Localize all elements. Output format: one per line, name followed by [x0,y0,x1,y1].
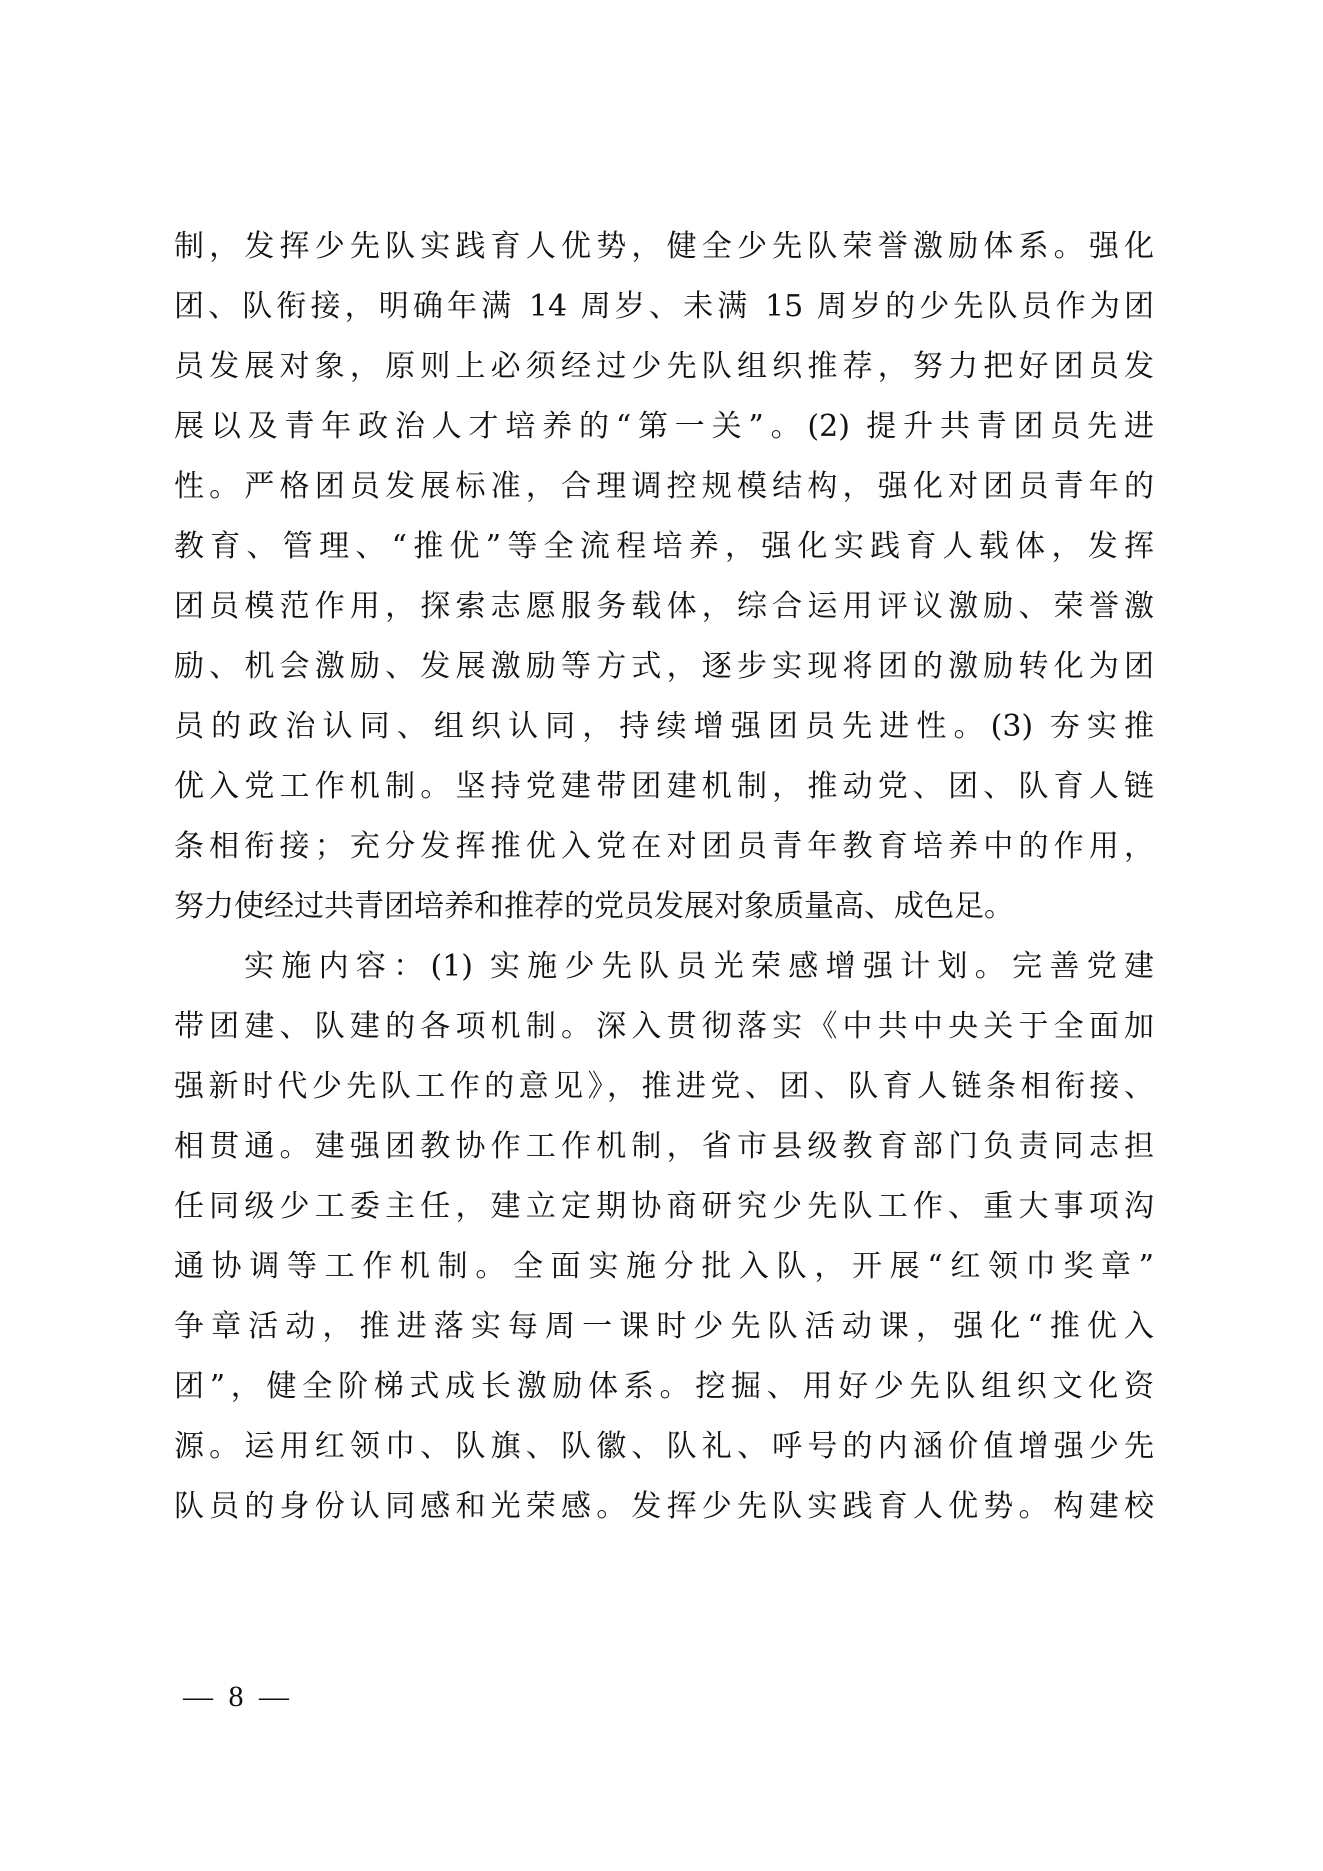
text-line: 教育、管理、“推优”等全流程培养，强化实践育人载体，发挥 [174,517,1154,577]
text-line: 努力使经过共青团培养和推荐的党员发展对象质量高、成色足。 [174,877,1154,937]
document-page: 制，发挥少先队实践育人优势，健全少先队荣誉激励体系。强化 团、队衔接，明确年满 … [0,0,1323,1871]
text-line: 条相衔接；充分发挥推优入党在对团员青年教育培养中的作用， [174,817,1154,877]
text-line: 团员模范作用，探索志愿服务载体，综合运用评议激励、荣誉激 [174,577,1154,637]
text-line: 带团建、队建的各项机制。深入贯彻落实《中共中央关于全面加 [174,997,1154,1057]
paragraph-2: 实施内容：(1) 实施少先队员光荣感增强计划。完善党建 带团建、队建的各项机制。… [174,937,1154,1537]
text-line: 任同级少工委主任，建立定期协商研究少先队工作、重大事项沟 [174,1177,1154,1237]
text-line: 争章活动，推进落实每周一课时少先队活动课，强化“推优入 [174,1297,1154,1357]
paragraph-1: 制，发挥少先队实践育人优势，健全少先队荣誉激励体系。强化 团、队衔接，明确年满 … [174,217,1154,937]
text-line: 通协调等工作机制。全面实施分批入队，开展“红领巾奖章” [174,1237,1154,1297]
text-line: 员发展对象，原则上必须经过少先队组织推荐，努力把好团员发 [174,337,1154,397]
text-line: 励、机会激励、发展激励等方式，逐步实现将团的激励转化为团 [174,637,1154,697]
text-line: 员的政治认同、组织认同，持续增强团员先进性。(3) 夯实推 [174,697,1154,757]
text-line: 制，发挥少先队实践育人优势，健全少先队荣誉激励体系。强化 [174,217,1154,277]
text-line: 源。运用红领巾、队旗、队徽、队礼、呼号的内涵价值增强少先 [174,1417,1154,1477]
text-line: 相贯通。建强团教协作工作机制，省市县级教育部门负责同志担 [174,1117,1154,1177]
text-line: 实施内容：(1) 实施少先队员光荣感增强计划。完善党建 [174,937,1154,997]
text-line: 优入党工作机制。坚持党建带团建机制，推动党、团、队育人链 [174,757,1154,817]
text-line: 团”，健全阶梯式成长激励体系。挖掘、用好少先队组织文化资 [174,1357,1154,1417]
text-line: 强新时代少先队工作的意见》，推进党、团、队育人链条相衔接、 [174,1057,1154,1117]
text-line: 性。严格团员发展标准，合理调控规模结构，强化对团员青年的 [174,457,1154,517]
text-line: 队员的身份认同感和光荣感。发挥少先队实践育人优势。构建校 [174,1477,1154,1537]
text-line: 团、队衔接，明确年满 14 周岁、未满 15 周岁的少先队员作为团 [174,277,1154,337]
body-text: 制，发挥少先队实践育人优势，健全少先队荣誉激励体系。强化 团、队衔接，明确年满 … [174,217,1154,1537]
page-number: — 8 — [183,1680,293,1714]
text-line: 展以及青年政治人才培养的“第一关”。(2) 提升共青团员先进 [174,397,1154,457]
